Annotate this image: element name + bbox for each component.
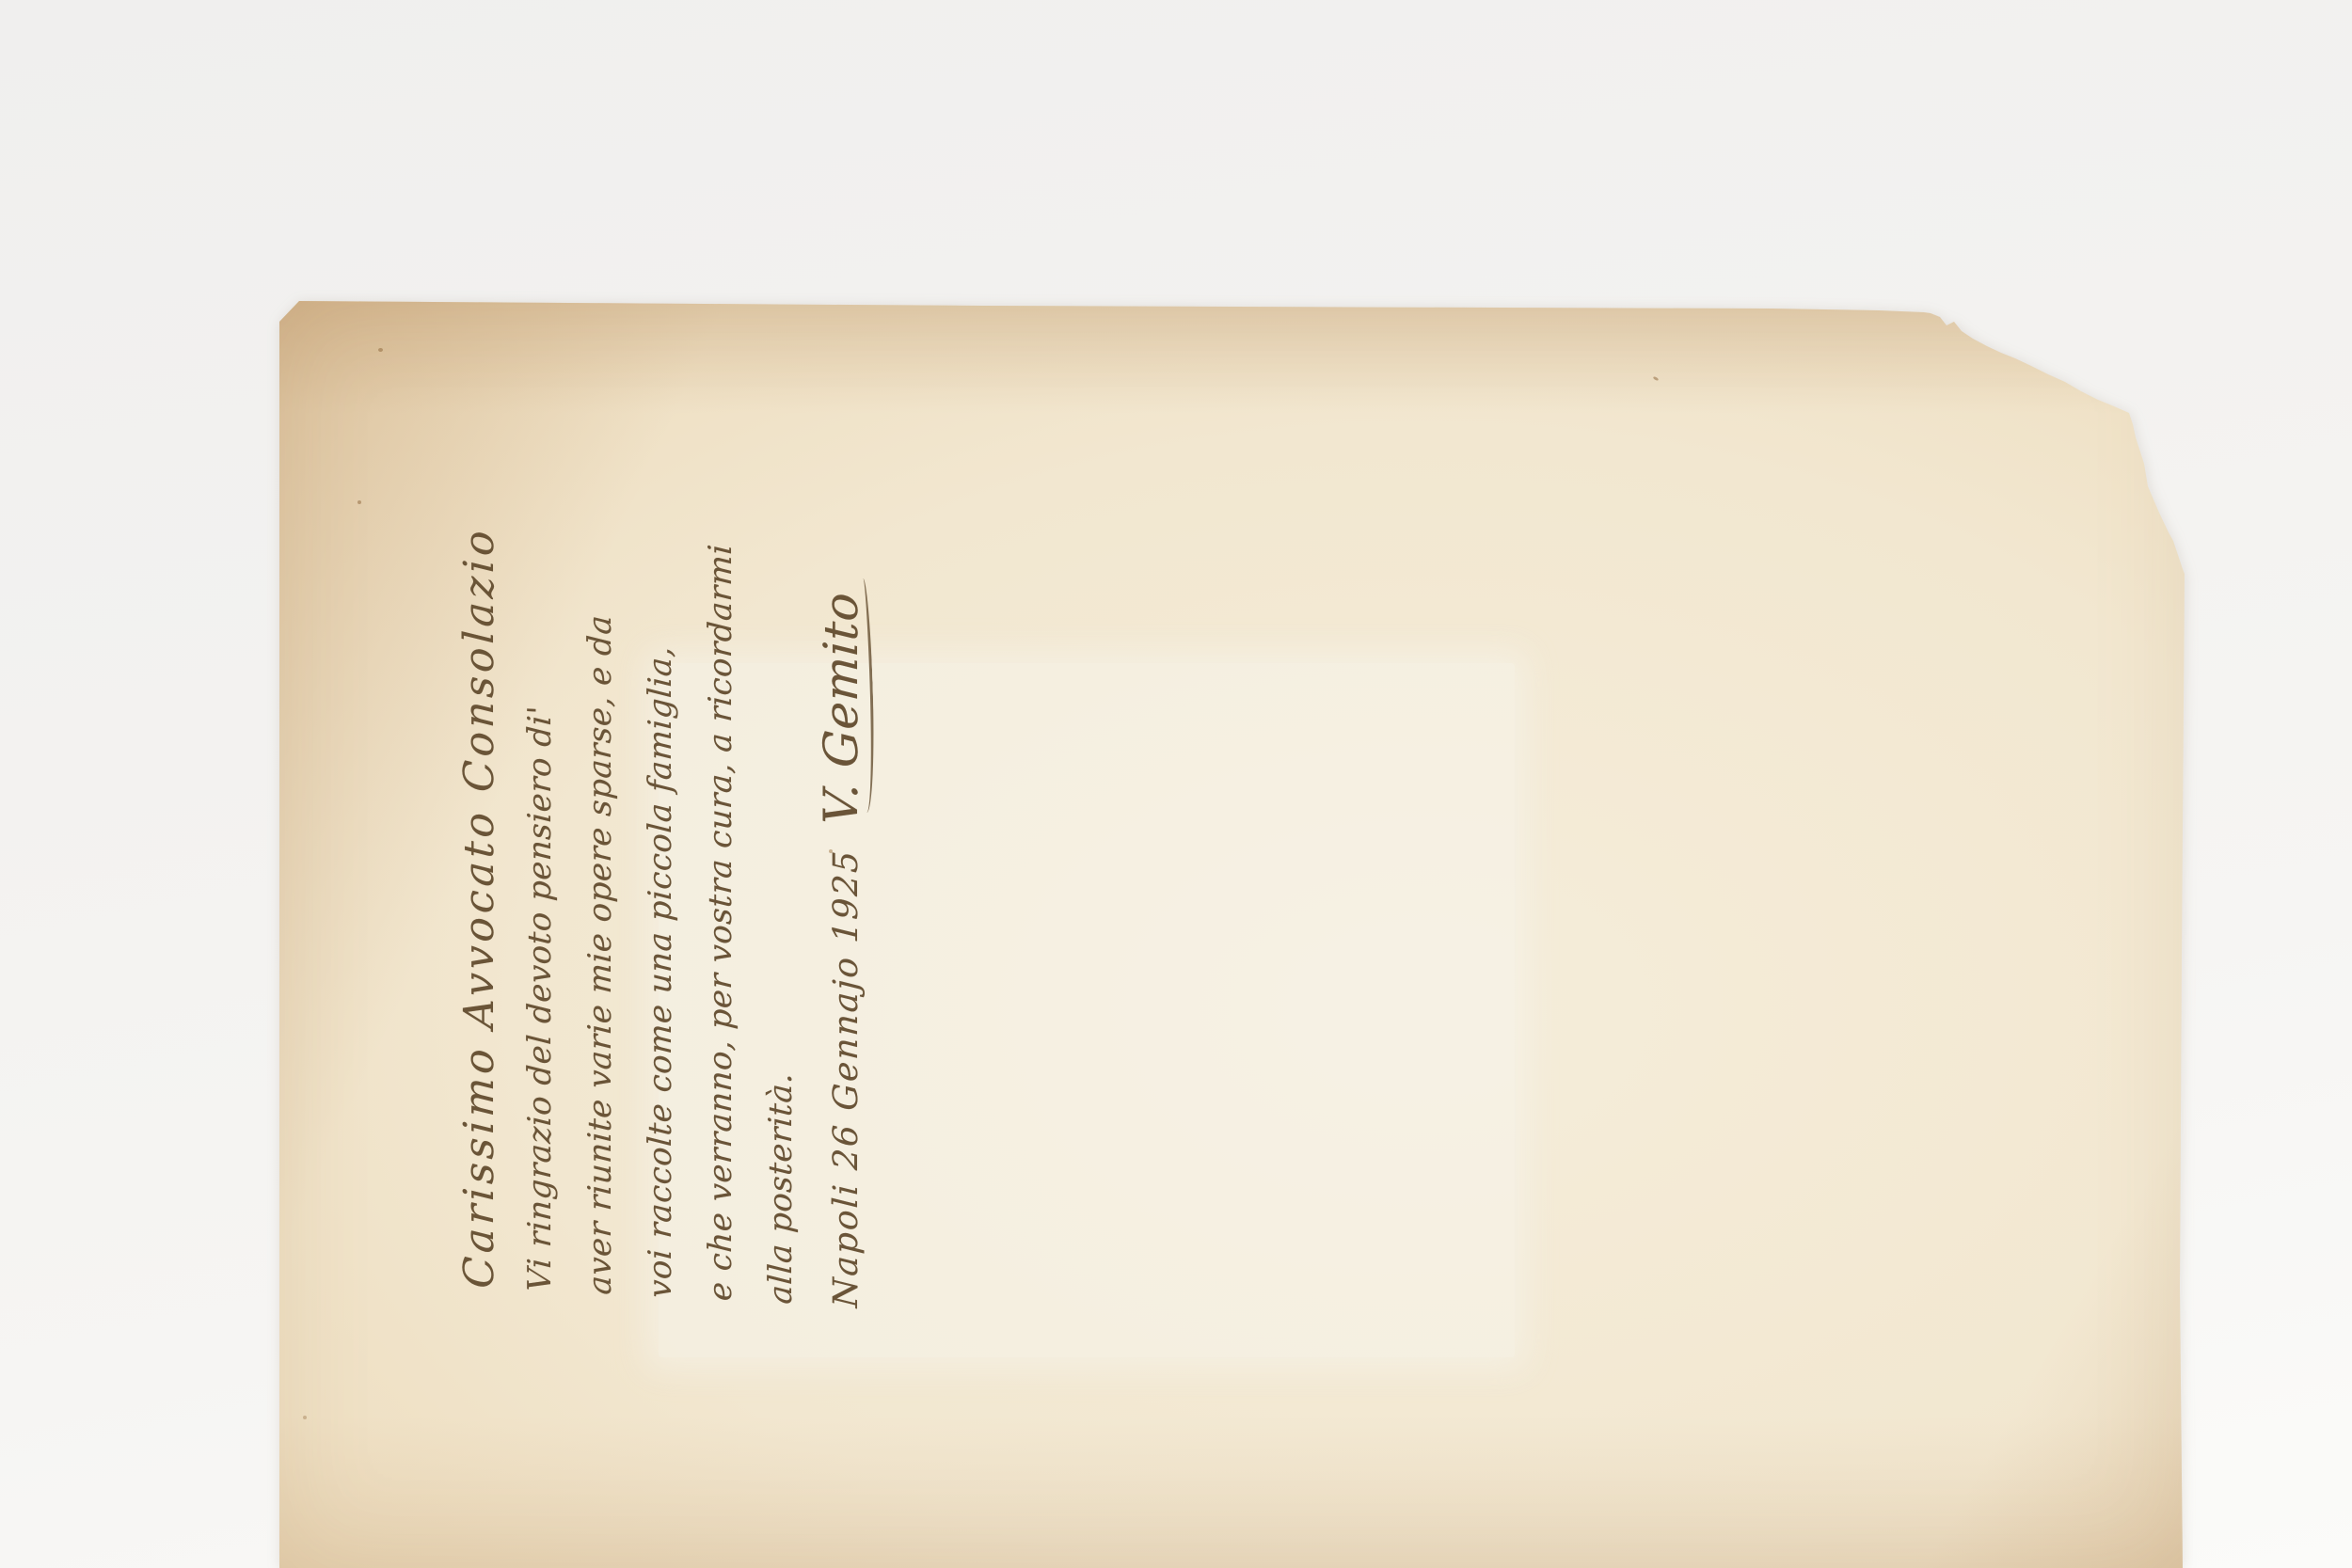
dedication-line-greeting: Carissimo Avvocato Consolazio [450,539,510,1290]
paper-speck [358,500,361,504]
handwritten-dedication: Carissimo Avvocato Consolazio Vi ringraz… [450,539,892,1310]
paper-shadow-wrap: Carissimo Avvocato Consolazio Vi ringraz… [0,0,2352,1568]
dedication-line: alla posterità. [751,555,811,1306]
paper-speck [378,348,383,352]
dedication-line: voi raccolte come una piccola famiglia, [630,548,691,1299]
paper-sheet: Carissimo Avvocato Consolazio Vi ringraz… [279,299,2185,1568]
dedication-closing-line: Napoli 26 Gennajo 1925 V. Gemito [811,558,877,1309]
dedication-line: e che verranno, per vostra cura, a ricor… [691,551,751,1302]
paper-speck [1653,376,1660,382]
photo-backdrop: Carissimo Avvocato Consolazio Vi ringraz… [0,0,2352,1568]
paper-speck [303,1416,307,1419]
dedication-line: Vi ringrazio del devoto pensiero di' [510,542,570,1292]
dedication-line: aver riunite varie mie opere sparse, e d… [570,546,630,1296]
dateline: Napoli 26 Gennajo 1925 [817,847,877,1309]
signature: V. Gemito [811,591,871,826]
